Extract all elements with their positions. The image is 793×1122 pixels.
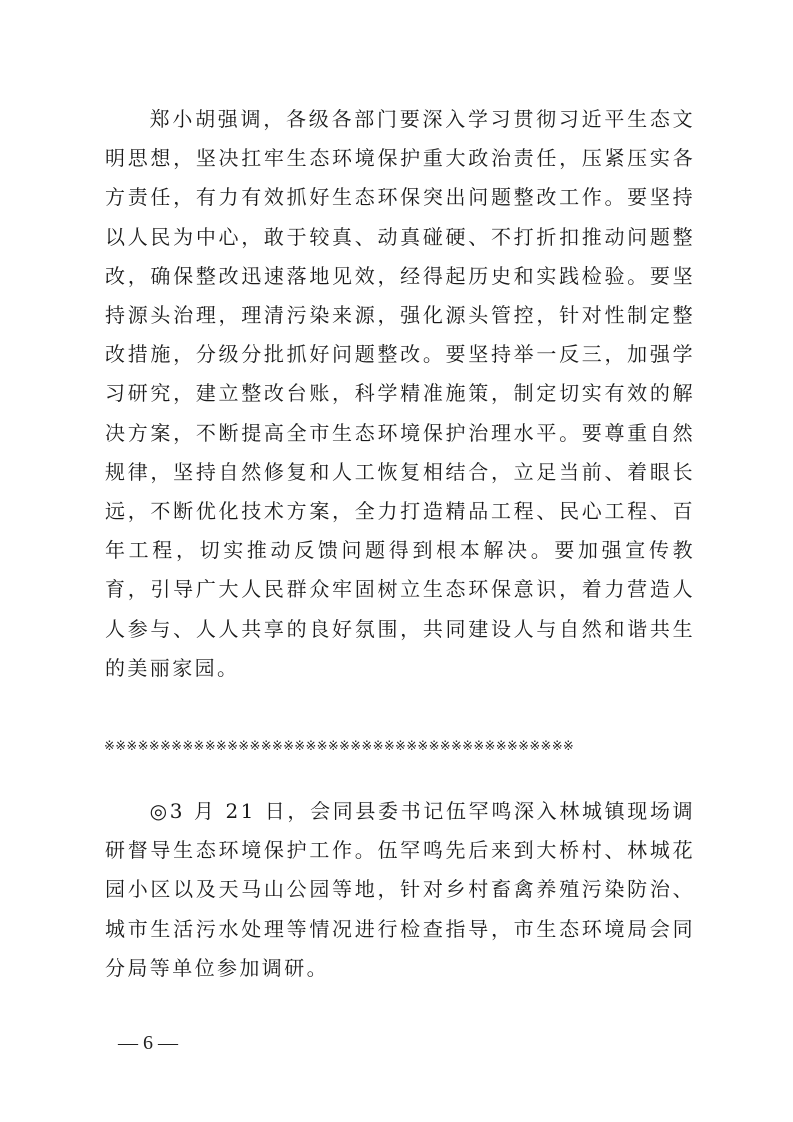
document-page: 郑小胡强调，各级各部门要深入学习贯彻习近平生态文明思想，坚决扛牢生态环境保护重大… <box>0 0 793 1122</box>
body-paragraph-2: ◎3 月 21 日，会同县委书记伍罕鸣深入林城镇现场调研督导生态环境保护工作。伍… <box>105 792 695 988</box>
section-divider: ※※※※※※※※※※※※※※※※※※※※※※※※※※※※※※※※※※※※※※※※… <box>104 736 694 758</box>
body-paragraph-1: 郑小胡强调，各级各部门要深入学习贯彻习近平生态文明思想，坚决扛牢生态环境保护重大… <box>105 100 695 688</box>
page-number: — 6 — <box>118 1030 178 1056</box>
